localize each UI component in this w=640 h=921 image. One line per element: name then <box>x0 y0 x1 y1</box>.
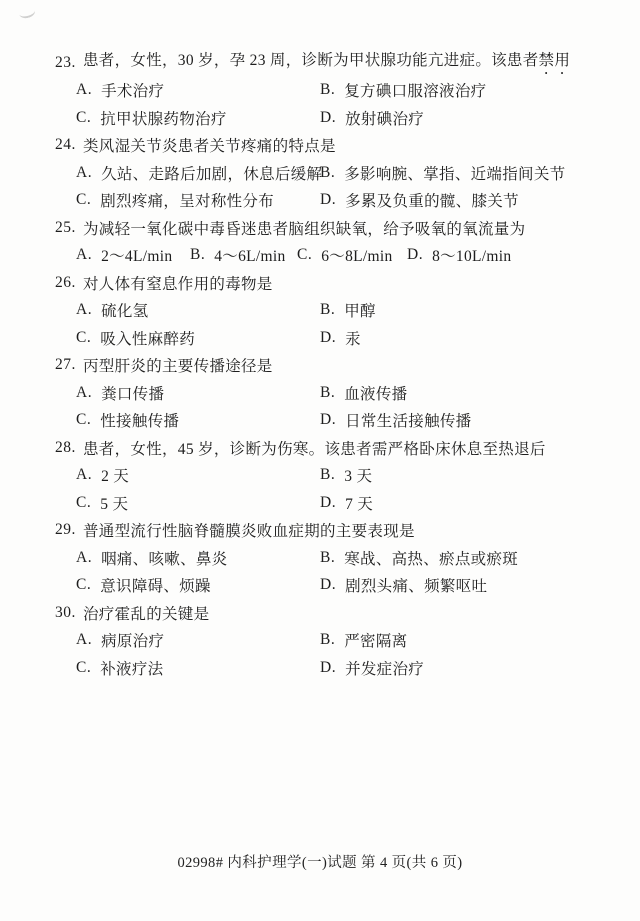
option-label: A. <box>76 466 92 484</box>
exam-paper-page: 23.患者，女性，30 岁，孕 23 周，诊断为甲状腺功能亢进症。该患者禁用A.… <box>0 0 640 921</box>
option-text: 久站、走路后加剧，休息后缓解 <box>101 162 322 184</box>
option-label: A. <box>76 549 92 567</box>
option-text: 硫化氢 <box>101 299 148 321</box>
option-text: 8～10L/min <box>432 244 511 266</box>
questions: 23.患者，女性，30 岁，孕 23 周，诊断为甲状腺功能亢进症。该患者禁用A.… <box>55 49 610 682</box>
scan-artifact <box>18 5 36 20</box>
option-D: D.8～10L/min <box>407 242 610 270</box>
option-A: A.久站、走路后加剧，休息后缓解 <box>76 159 320 187</box>
option-label: A. <box>76 384 92 402</box>
question-24: 24.类风湿关节炎患者关节疼痛的特点是A.久站、走路后加剧，休息后缓解B.多影响… <box>55 132 610 215</box>
option-text: 寒战、高热、瘀点或瘀斑 <box>344 547 518 569</box>
options-group: A.咽痛、咳嗽、鼻炎B.寒战、高热、瘀点或瘀斑C.意识障碍、烦躁D.剧烈头痛、频… <box>76 544 610 599</box>
option-B: B.复方碘口服溶液治疗 <box>320 77 610 105</box>
option-label: A. <box>76 631 92 649</box>
option-D: D.放射碘治疗 <box>320 104 610 132</box>
option-text: 复方碘口服溶液治疗 <box>344 79 486 101</box>
option-label: A. <box>76 301 92 319</box>
option-B: B.严密隔离 <box>320 627 610 655</box>
option-C: C.性接触传播 <box>76 407 320 435</box>
option-label: B. <box>320 301 335 319</box>
option-label: A. <box>76 81 92 99</box>
option-label: C. <box>76 109 91 127</box>
question-number: 28. <box>55 439 83 457</box>
question-number: 29. <box>55 521 83 539</box>
option-B: B.4～6L/min <box>190 242 297 270</box>
option-text: 5 天 <box>100 492 128 514</box>
option-B: B.多影响腕、掌指、近端指间关节 <box>320 159 610 187</box>
option-text: 4～6L/min <box>214 244 285 266</box>
option-D: D.日常生活接触传播 <box>320 407 610 435</box>
option-label: B. <box>190 246 205 264</box>
option-text: 剧烈疼痛，呈对称性分布 <box>100 189 274 211</box>
option-C: C.6～8L/min <box>297 242 407 270</box>
options-group: A.手术治疗B.复方碘口服溶液治疗C.抗甲状腺药物治疗D.放射碘治疗 <box>76 77 610 132</box>
stem-emphasis: 禁用 <box>539 52 571 69</box>
question-stem-row: 25.为减轻一氧化碳中毒昏迷患者脑组织缺氧，给予吸氧的氧流量为 <box>55 214 610 242</box>
option-A: A.2 天 <box>76 462 320 490</box>
option-A: A.病原治疗 <box>76 627 320 655</box>
question-28: 28.患者，女性，45 岁，诊断为伤寒。该患者需严格卧床休息至热退后A.2 天B… <box>55 434 610 517</box>
option-label: C. <box>76 329 91 347</box>
question-number: 27. <box>55 356 83 374</box>
option-text: 性接触传播 <box>100 409 179 431</box>
option-B: B.3 天 <box>320 462 610 490</box>
question-stem: 对人体有窒息作用的毒物是 <box>83 272 273 294</box>
option-text: 3 天 <box>344 464 372 486</box>
option-label: B. <box>320 81 335 99</box>
question-stem: 为减轻一氧化碳中毒昏迷患者脑组织缺氧，给予吸氧的氧流量为 <box>83 217 525 239</box>
question-29: 29.普通型流行性脑脊髓膜炎败血症期的主要表现是A.咽痛、咳嗽、鼻炎B.寒战、高… <box>55 517 610 600</box>
option-C: C.吸入性麻醉药 <box>76 324 320 352</box>
options-group: A.2～4L/minB.4～6L/minC.6～8L/minD.8～10L/mi… <box>76 242 610 270</box>
option-label: B. <box>320 466 335 484</box>
options-group: A.久站、走路后加剧，休息后缓解B.多影响腕、掌指、近端指间关节C.剧烈疼痛，呈… <box>76 159 610 214</box>
option-B: B.甲醇 <box>320 297 610 325</box>
option-text: 严密隔离 <box>344 629 407 651</box>
option-C: C.补液疗法 <box>76 654 320 682</box>
option-D: D.多累及负重的髋、膝关节 <box>320 187 610 215</box>
option-label: D. <box>320 494 336 512</box>
question-27: 27.丙型肝炎的主要传播途径是A.粪口传播B.血液传播C.性接触传播D.日常生活… <box>55 352 610 435</box>
option-D: D.汞 <box>320 324 610 352</box>
option-label: C. <box>76 494 91 512</box>
option-label: D. <box>407 246 423 264</box>
question-25: 25.为减轻一氧化碳中毒昏迷患者脑组织缺氧，给予吸氧的氧流量为A.2～4L/mi… <box>55 214 610 269</box>
option-D: D.并发症治疗 <box>320 654 610 682</box>
option-label: D. <box>320 659 336 677</box>
option-label: D. <box>320 411 336 429</box>
question-stem-row: 26.对人体有窒息作用的毒物是 <box>55 269 610 297</box>
question-number: 26. <box>55 274 83 292</box>
page-footer: 02998# 内科护理学(一)试题 第 4 页(共 6 页) <box>0 851 640 872</box>
question-number: 24. <box>55 136 83 154</box>
option-C: C.意识障碍、烦躁 <box>76 572 320 600</box>
option-label: D. <box>320 329 336 347</box>
option-D: D.7 天 <box>320 489 610 517</box>
option-label: C. <box>76 659 91 677</box>
question-stem-row: 29.普通型流行性脑脊髓膜炎败血症期的主要表现是 <box>55 517 610 545</box>
option-label: A. <box>76 246 92 264</box>
option-text: 血液传播 <box>344 382 407 404</box>
question-stem-row: 27.丙型肝炎的主要传播途径是 <box>55 352 610 380</box>
question-stem: 普通型流行性脑脊髓膜炎败血症期的主要表现是 <box>83 519 415 541</box>
option-text: 甲醇 <box>344 299 376 321</box>
option-C: C.剧烈疼痛，呈对称性分布 <box>76 187 320 215</box>
options-group: A.粪口传播B.血液传播C.性接触传播D.日常生活接触传播 <box>76 379 610 434</box>
option-label: D. <box>320 109 336 127</box>
option-label: D. <box>320 576 336 594</box>
option-label: C. <box>297 246 312 264</box>
option-text: 吸入性麻醉药 <box>100 327 195 349</box>
option-label: A. <box>76 164 92 182</box>
option-text: 补液疗法 <box>100 657 163 679</box>
question-stem: 类风湿关节炎患者关节疼痛的特点是 <box>83 134 336 156</box>
option-text: 多影响腕、掌指、近端指间关节 <box>344 162 565 184</box>
option-B: B.血液传播 <box>320 379 610 407</box>
question-stem-row: 30.治疗霍乱的关键是 <box>55 599 610 627</box>
option-label: C. <box>76 576 91 594</box>
option-text: 2～4L/min <box>101 244 172 266</box>
option-label: B. <box>320 549 335 567</box>
option-A: A.咽痛、咳嗽、鼻炎 <box>76 544 320 572</box>
options-group: A.2 天B.3 天C.5 天D.7 天 <box>76 462 610 517</box>
option-A: A.粪口传播 <box>76 379 320 407</box>
option-C: C.抗甲状腺药物治疗 <box>76 104 320 132</box>
option-label: D. <box>320 191 336 209</box>
option-label: C. <box>76 191 91 209</box>
option-label: B. <box>320 164 335 182</box>
question-number: 23. <box>55 54 83 72</box>
option-text: 病原治疗 <box>101 629 164 651</box>
option-B: B.寒战、高热、瘀点或瘀斑 <box>320 544 610 572</box>
option-text: 放射碘治疗 <box>345 107 424 129</box>
option-text: 并发症治疗 <box>345 657 424 679</box>
question-number: 30. <box>55 604 83 622</box>
question-stem: 患者，女性，30 岁，孕 23 周，诊断为甲状腺功能亢进症。该患者禁用 <box>83 48 570 78</box>
option-text: 意识障碍、烦躁 <box>100 574 211 596</box>
question-stem-row: 28.患者，女性，45 岁，诊断为伤寒。该患者需严格卧床休息至热退后 <box>55 434 610 462</box>
option-text: 咽痛、咳嗽、鼻炎 <box>101 547 227 569</box>
options-group: A.病原治疗B.严密隔离C.补液疗法D.并发症治疗 <box>76 627 610 682</box>
option-C: C.5 天 <box>76 489 320 517</box>
question-stem-row: 24.类风湿关节炎患者关节疼痛的特点是 <box>55 132 610 160</box>
option-text: 2 天 <box>101 464 129 486</box>
question-number: 25. <box>55 219 83 237</box>
option-label: C. <box>76 411 91 429</box>
question-30: 30.治疗霍乱的关键是A.病原治疗B.严密隔离C.补液疗法D.并发症治疗 <box>55 599 610 682</box>
question-stem: 患者，女性，45 岁，诊断为伤寒。该患者需严格卧床休息至热退后 <box>83 437 546 459</box>
question-stem-row: 23.患者，女性，30 岁，孕 23 周，诊断为甲状腺功能亢进症。该患者禁用 <box>55 49 610 77</box>
question-stem: 治疗霍乱的关键是 <box>83 602 209 624</box>
option-text: 粪口传播 <box>101 382 164 404</box>
option-text: 多累及负重的髋、膝关节 <box>345 189 519 211</box>
option-text: 6～8L/min <box>321 244 392 266</box>
option-text: 剧烈头痛、频繁呕吐 <box>345 574 487 596</box>
question-26: 26.对人体有窒息作用的毒物是A.硫化氢B.甲醇C.吸入性麻醉药D.汞 <box>55 269 610 352</box>
option-D: D.剧烈头痛、频繁呕吐 <box>320 572 610 600</box>
option-text: 日常生活接触传播 <box>345 409 471 431</box>
option-A: A.手术治疗 <box>76 77 320 105</box>
question-23: 23.患者，女性，30 岁，孕 23 周，诊断为甲状腺功能亢进症。该患者禁用A.… <box>55 49 610 132</box>
option-text: 7 天 <box>345 492 373 514</box>
option-A: A.2～4L/min <box>76 242 190 270</box>
option-text: 汞 <box>345 327 361 349</box>
option-text: 抗甲状腺药物治疗 <box>100 107 226 129</box>
option-label: B. <box>320 384 335 402</box>
option-A: A.硫化氢 <box>76 297 320 325</box>
option-label: B. <box>320 631 335 649</box>
question-stem: 丙型肝炎的主要传播途径是 <box>83 354 273 376</box>
options-group: A.硫化氢B.甲醇C.吸入性麻醉药D.汞 <box>76 297 610 352</box>
option-text: 手术治疗 <box>101 79 164 101</box>
